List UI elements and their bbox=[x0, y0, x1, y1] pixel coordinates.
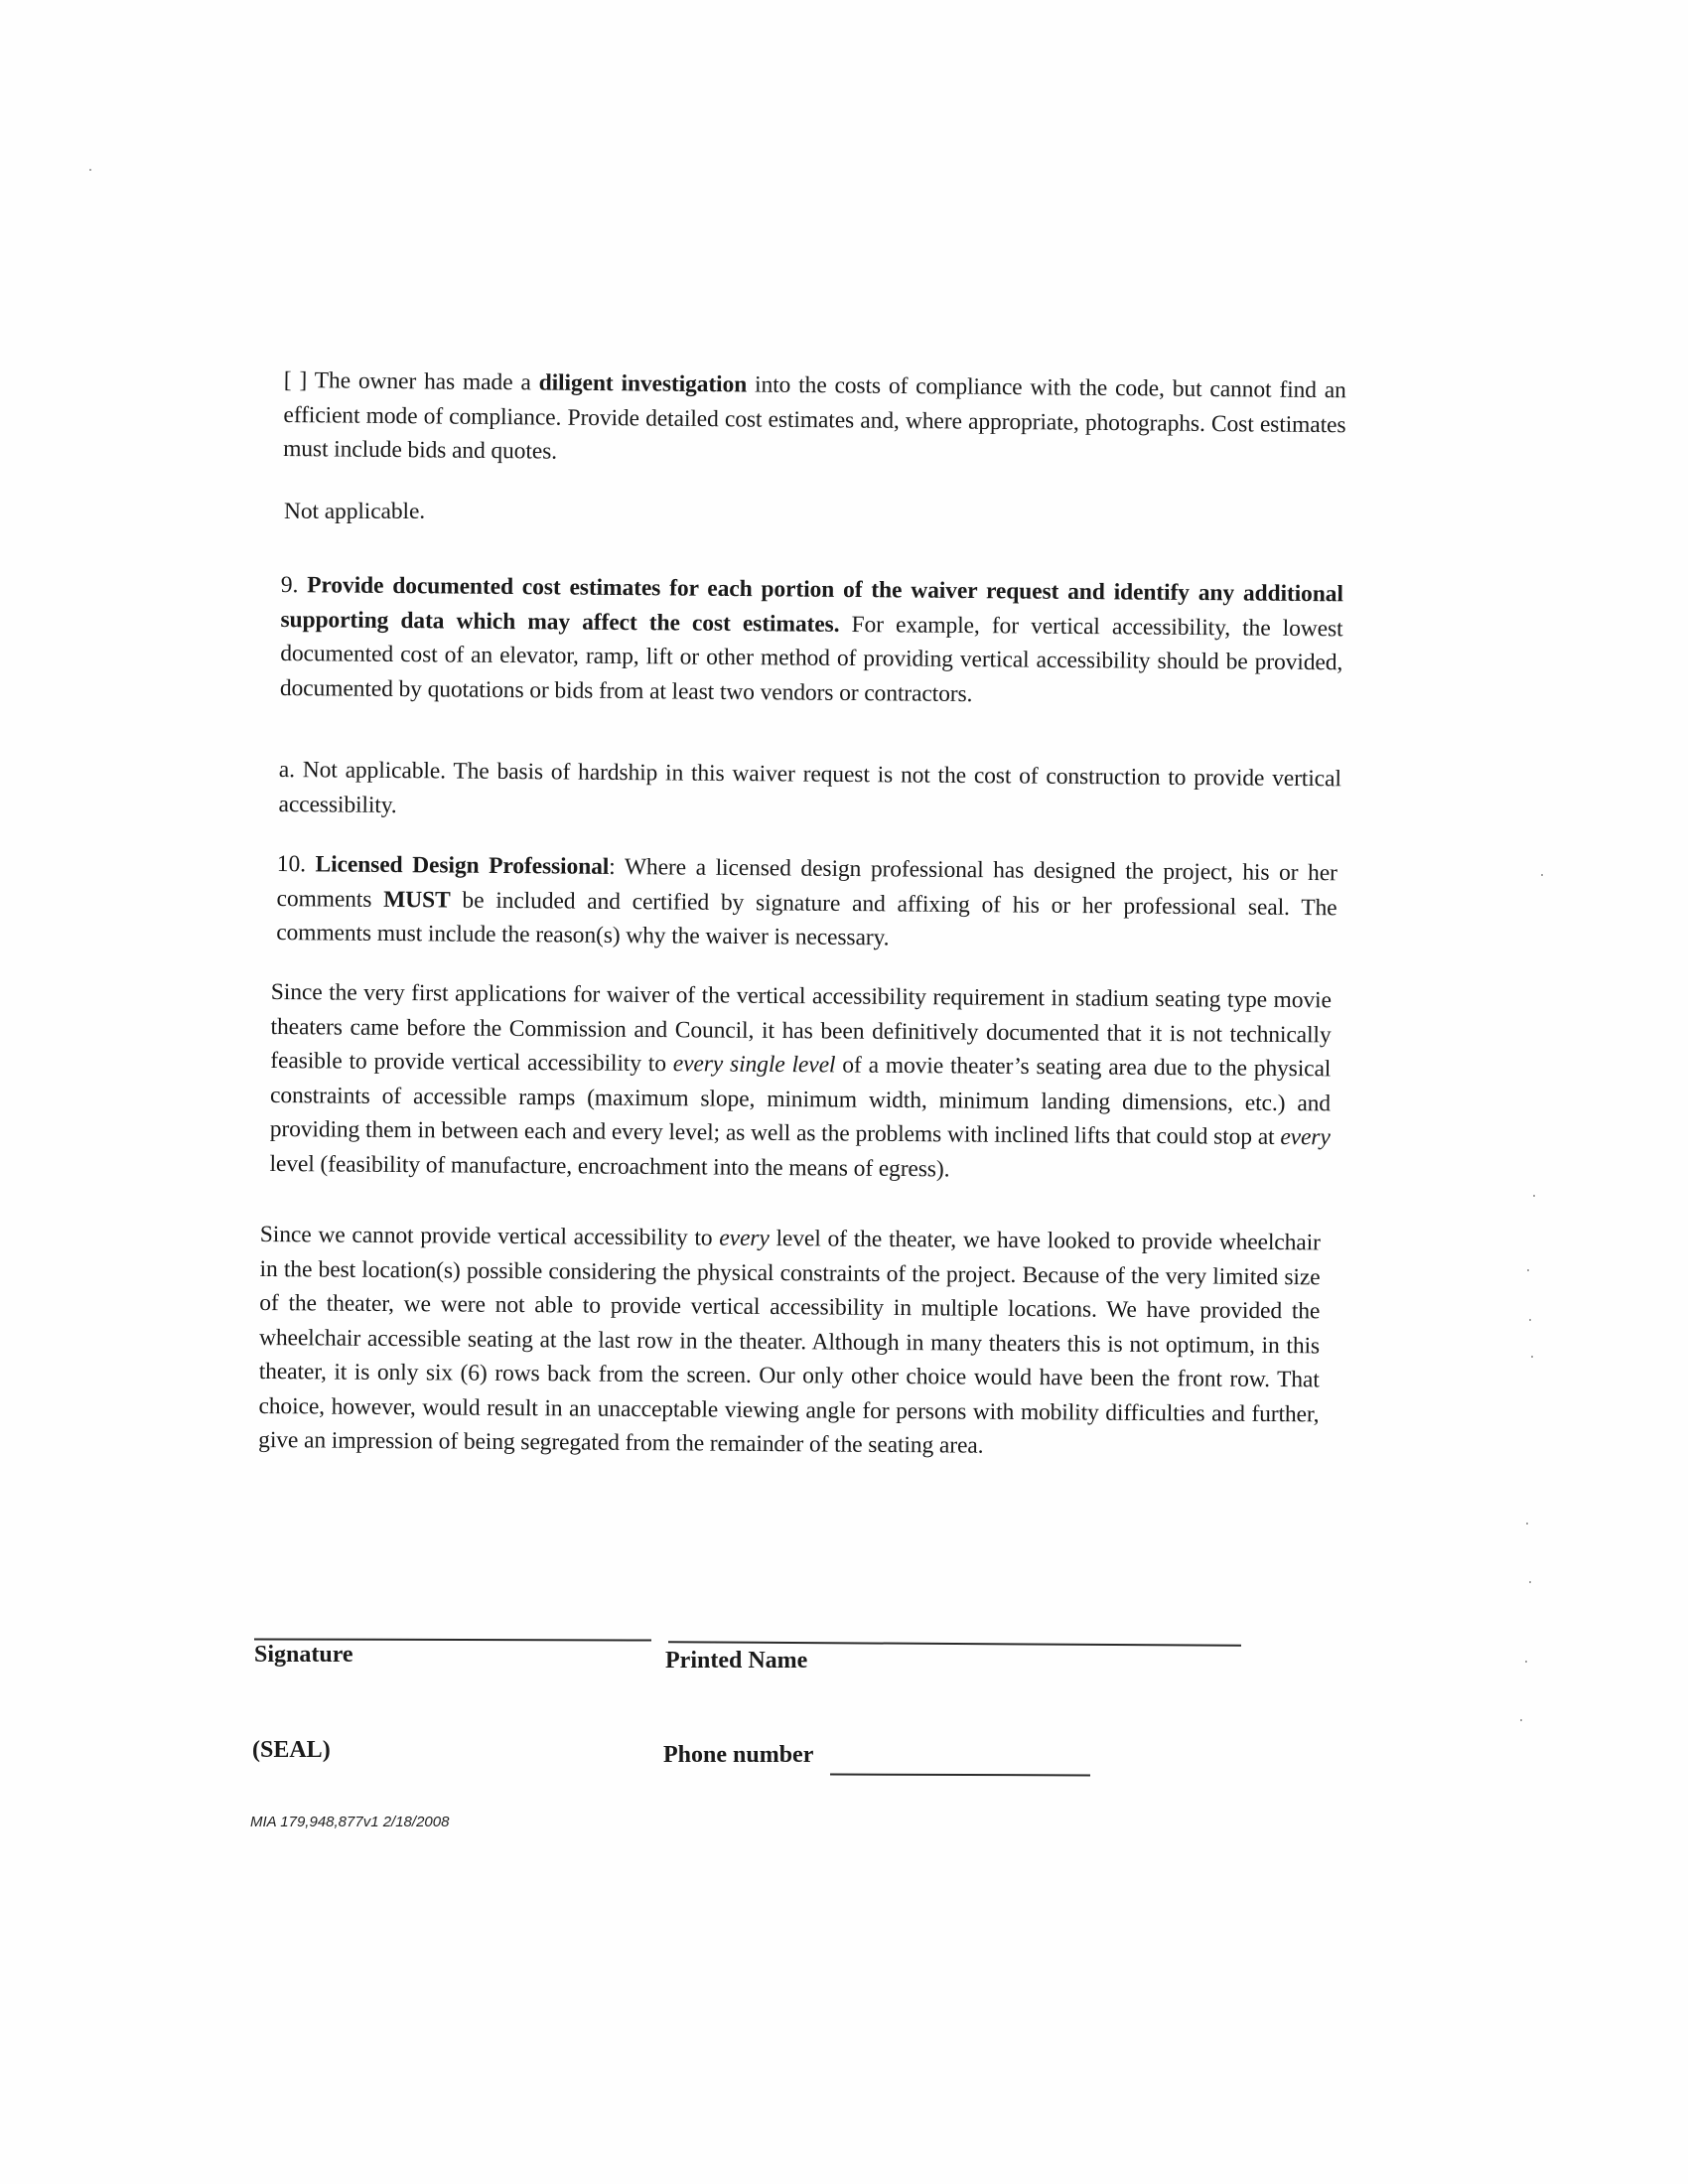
item-number: 10. bbox=[277, 851, 306, 877]
response-item-10-paragraph-2: Since we cannot provide vertical accessi… bbox=[258, 1218, 1321, 1466]
scan-artifact bbox=[1527, 1269, 1529, 1271]
scan-artifact bbox=[1541, 874, 1543, 876]
scan-artifact bbox=[1533, 1195, 1535, 1197]
scan-artifact bbox=[1526, 1523, 1528, 1525]
scan-artifact bbox=[1520, 1719, 1522, 1721]
printed-name-label: Printed Name bbox=[665, 1648, 807, 1674]
scan-artifact bbox=[89, 169, 91, 171]
seal-label: (SEAL) bbox=[252, 1737, 331, 1764]
signature-label: Signature bbox=[254, 1642, 353, 1669]
scan-artifact bbox=[1529, 1581, 1531, 1583]
printed-name-line[interactable] bbox=[668, 1641, 1241, 1647]
checkbox[interactable]: [ ] bbox=[284, 367, 308, 393]
item-10-licensed-design-professional: 10. Licensed Design Professional: Where … bbox=[276, 847, 1337, 959]
document-id-footer: MIA 179,948,877v1 2/18/2008 bbox=[250, 1814, 449, 1830]
item-9-cost-estimates: 9. Provide documented cost estimates for… bbox=[280, 568, 1343, 714]
scan-artifact bbox=[1525, 1661, 1527, 1663]
phone-number-line[interactable] bbox=[830, 1774, 1090, 1777]
document-page: [ ] The owner has made a diligent invest… bbox=[0, 0, 1688, 2184]
scan-artifact bbox=[1531, 1356, 1533, 1358]
bold-term: diligent investigation bbox=[539, 369, 748, 397]
scan-artifact bbox=[1529, 1319, 1531, 1321]
item-number: 9. bbox=[281, 572, 299, 598]
response-not-applicable: Not applicable. bbox=[284, 495, 880, 529]
checkbox-item-diligent-investigation: [ ] The owner has made a diligent invest… bbox=[283, 364, 1346, 477]
response-item-10-paragraph-1: Since the very first applications for wa… bbox=[269, 975, 1332, 1189]
emphasis-must: MUST bbox=[383, 886, 451, 913]
item-heading: Licensed Design Professional bbox=[306, 851, 610, 880]
phone-number-label: Phone number bbox=[663, 1742, 813, 1769]
response-item-9: a. Not applicable. The basis of hardship… bbox=[278, 753, 1341, 830]
